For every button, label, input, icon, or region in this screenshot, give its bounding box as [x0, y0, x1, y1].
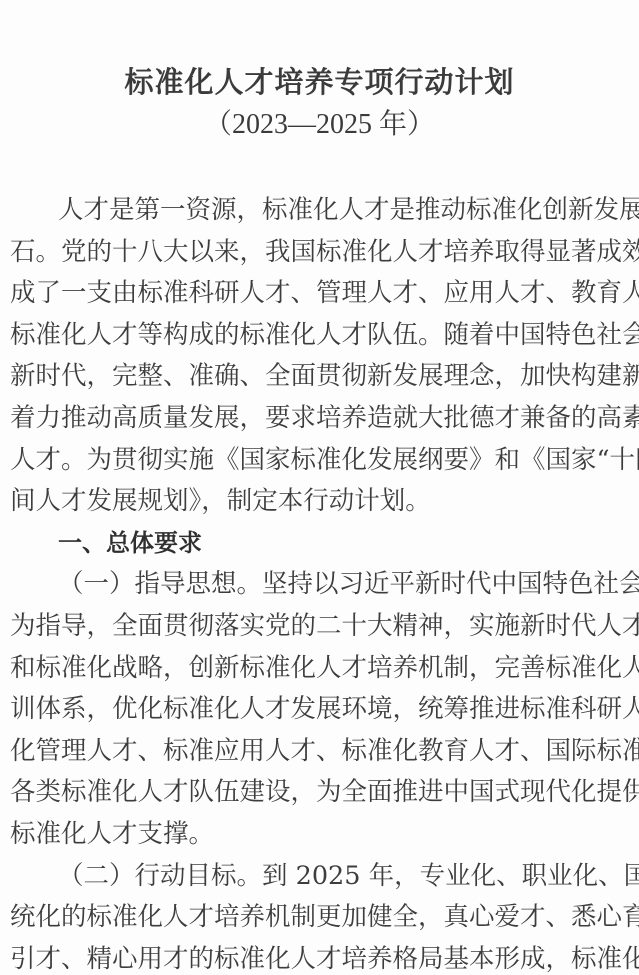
paragraph-line: 人才是第一资源，标准化人才是推动标准化创新发展的重要基: [10, 190, 634, 232]
section-heading: 一、总体要求: [10, 523, 634, 565]
document-title: 标准化人才培养专项行动计划: [0, 60, 639, 104]
paragraph-line: 标准化人才支撑。: [10, 814, 634, 856]
document-subtitle: （2023—2025 年）: [0, 103, 639, 147]
paragraph-line: 人才。为贯彻实施《国家标准化发展纲要》和《国家“十四五”期: [10, 440, 634, 482]
paragraph-line: 着力推动高质量发展，要求培养造就大批德才兼备的高素质标准化: [10, 398, 634, 440]
paragraph-line: 各类标准化人才队伍建设，为全面推进中国式现代化提供强有力的: [10, 772, 634, 814]
paragraph-line: 统化的标准化人才培养机制更加健全，真心爱才、悉心育才、倾心: [10, 897, 634, 939]
paragraph-line: 训体系，优化标准化人才发展环境，统筹推进标准科研人才、标准: [10, 689, 634, 731]
document-body: 人才是第一资源，标准化人才是推动标准化创新发展的重要基 石。党的十八大以来，我国…: [10, 190, 634, 975]
paragraph-line: 和标准化战略，创新标准化人才培养机制，完善标准化人才教育培: [10, 648, 634, 690]
paragraph-line: 为指导，全面贯彻落实党的二十大精神，实施新时代人才强国战略: [10, 606, 634, 648]
document-page: 标准化人才培养专项行动计划 （2023—2025 年） 人才是第一资源，标准化人…: [0, 0, 639, 975]
paragraph-line: （二）行动目标。到 2025 年，专业化、职业化、国际化、系: [10, 856, 634, 898]
paragraph-line: 化管理人才、标准应用人才、标准化教育人才、国际标准化人才等: [10, 731, 634, 773]
paragraph-line: （一）指导思想。坚持以习近平新时代中国特色社会主义思想: [10, 564, 634, 606]
paragraph-line: 新时代，完整、准确、全面贯彻新发展理念，加快构建新发展格局，: [10, 356, 634, 398]
paragraph-line: 成了一支由标准科研人才、管理人才、应用人才、教育人才、国际: [10, 273, 634, 315]
paragraph-line: 间人才发展规划》，制定本行动计划。: [10, 481, 634, 523]
paragraph-line: 标准化人才等构成的标准化人才队伍。随着中国特色社会主义进入: [10, 315, 634, 357]
paragraph-line: 石。党的十八大以来，我国标准化人才培养取得显著成效，基本形: [10, 232, 634, 274]
paragraph-line: 引才、精心用才的标准化人才培养格局基本形成，标准化人才职业: [10, 939, 634, 975]
